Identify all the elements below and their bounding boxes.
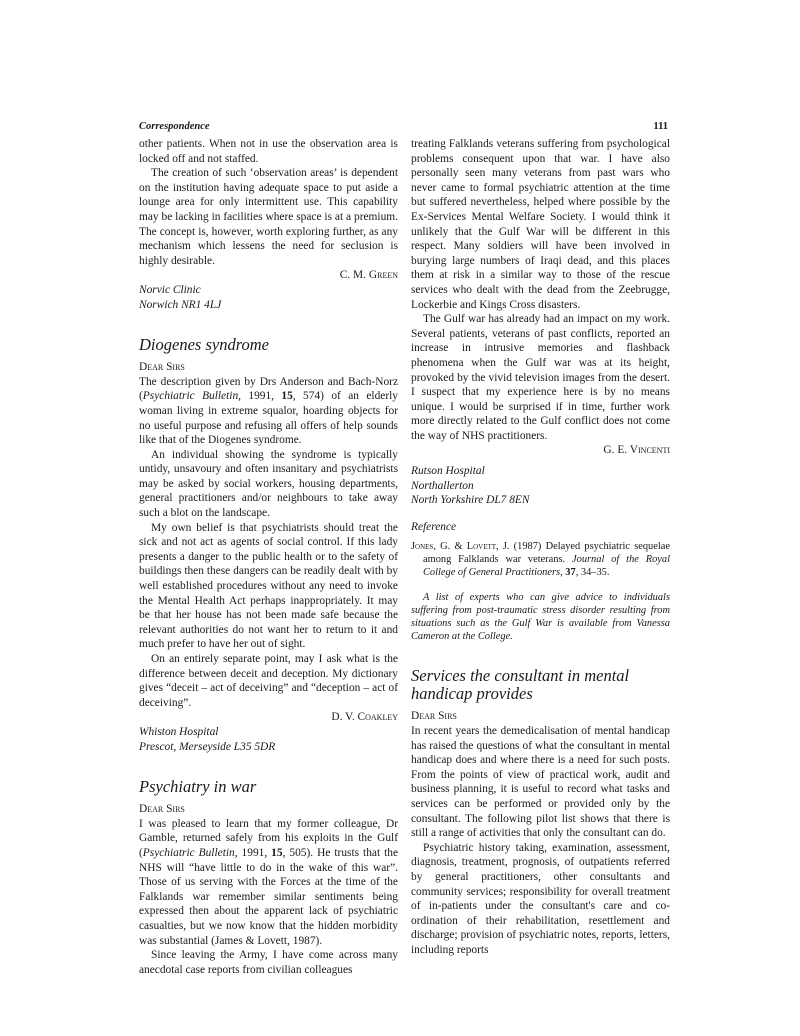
- paragraph: On an entirely separate point, may I ask…: [139, 652, 398, 710]
- letter-services-consultant: Services the consultant in mental handic…: [411, 667, 670, 957]
- paragraph: The Gulf war has already had an impact o…: [411, 312, 670, 443]
- volume: 15: [281, 390, 292, 402]
- page-number: 111: [653, 121, 668, 132]
- salutation: Dear Sirs: [139, 802, 398, 817]
- address-line: Whiston Hospital: [139, 725, 398, 740]
- signature: G. E. Vincenti: [411, 443, 670, 458]
- right-column: treating Falklands veterans suffering fr…: [411, 137, 670, 958]
- section-name: Correspondence: [139, 121, 210, 132]
- letter-diogenes: Diogenes syndrome Dear Sirs The descript…: [139, 336, 398, 754]
- address-line: North Yorkshire DL7 8EN: [411, 493, 670, 508]
- letter-continuation: other patients. When not in use the obse…: [139, 137, 398, 312]
- letter-title: Services the consultant in mental handic…: [411, 667, 670, 703]
- volume: 15: [271, 847, 282, 859]
- editorial-note: A list of experts who can give advice to…: [411, 591, 670, 643]
- left-column: other patients. When not in use the obse…: [139, 137, 398, 977]
- paragraph: The creation of such ‘observation areas’…: [139, 166, 398, 268]
- paragraph: treating Falklands veterans suffering fr…: [411, 137, 670, 312]
- journal-name: Psychiatric Bulletin,: [143, 390, 241, 402]
- journal-page: Correspondence 111 other patients. When …: [0, 0, 800, 1036]
- reference-item: Jones, G. & Lovett, J. (1987) Delayed ps…: [411, 540, 670, 579]
- signature: D. V. Coakley: [139, 710, 398, 725]
- reference-heading: Reference: [411, 520, 670, 535]
- journal-name: Psychiatric Bulletin,: [143, 847, 238, 859]
- salutation: Dear Sirs: [411, 709, 670, 724]
- salutation: Dear Sirs: [139, 360, 398, 375]
- letter-psychiatry-in-war-continued: treating Falklands veterans suffering fr…: [411, 137, 670, 643]
- address-line: Norvic Clinic: [139, 283, 398, 298]
- paragraph: My own belief is that psychiatrists shou…: [139, 521, 398, 652]
- letter-title: Diogenes syndrome: [139, 336, 398, 354]
- paragraph: In recent years the demedicalisation of …: [411, 724, 670, 841]
- address-line: Norwich NR1 4LJ: [139, 298, 398, 313]
- letter-psychiatry-in-war: Psychiatry in war Dear Sirs I was please…: [139, 778, 398, 977]
- paragraph: Since leaving the Army, I have come acro…: [139, 948, 398, 977]
- address-line: Prescot, Merseyside L35 5DR: [139, 740, 398, 755]
- paragraph: Psychiatric history taking, examination,…: [411, 841, 670, 958]
- paragraph: The description given by Drs Anderson an…: [139, 375, 398, 448]
- paragraph: other patients. When not in use the obse…: [139, 137, 398, 166]
- address-line: Northallerton: [411, 479, 670, 494]
- letter-title: Psychiatry in war: [139, 778, 398, 796]
- running-head: Correspondence 111: [139, 121, 668, 135]
- paragraph: I was pleased to learn that my former co…: [139, 817, 398, 948]
- address-line: Rutson Hospital: [411, 464, 670, 479]
- paragraph: An individual showing the syndrome is ty…: [139, 448, 398, 521]
- signature: C. M. Green: [139, 268, 398, 283]
